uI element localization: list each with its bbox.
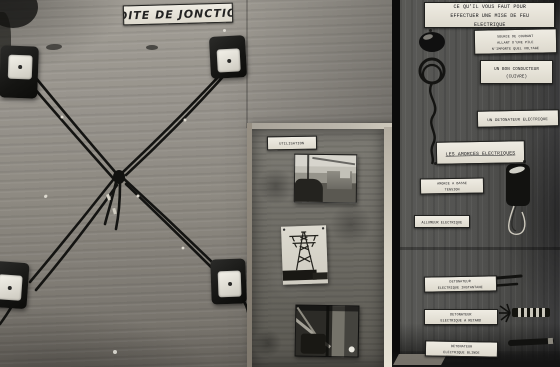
label-line: DETONATEUR [450,280,471,284]
junction-box-top-left [0,45,39,98]
detonator-label: UN DETONATEUR ELECTRIQUE [477,109,559,127]
utilisation-label: UTILISATION [267,136,317,151]
label-line: SOURCE DE COURANT [497,34,533,38]
label-line: DETONATEUR [450,313,471,317]
worksite-photo [294,154,358,204]
detonateur-1-label: DETONATEUR ELECTRIQUE INSTANTANE [424,275,497,292]
nail [434,162,437,165]
junction-box-face [217,48,241,72]
junction-box-face [218,271,242,298]
panel-joint-line [400,247,560,250]
label-line: UN DETONATEUR ELECTRIQUE [488,117,549,122]
photo-detail [312,157,355,165]
label-line: ELECTRIQUE A RETARD [441,319,482,323]
junction-box-top-right [209,35,247,79]
label-line: TENSION [445,188,460,192]
label-line: ALLANT D'UNE PILE [497,40,533,44]
board-title-text: BOITE DE JONCTION [123,6,233,23]
white-speck [223,29,226,32]
panel-frame-left [247,123,252,367]
label-line: N'IMPORTE QUEL VOLTAGE [492,46,539,51]
photo-detail [340,167,350,177]
label-line: UN BON CONDUCTEUR [494,67,539,72]
nail [429,29,432,32]
amorces-title-text: LES AMORCES ELECTRIQUES [446,150,516,156]
header-line: EFFECTUER UNE MISE DE FEU [450,14,529,20]
wood-knot [46,43,62,50]
conductor-label: UN BON CONDUCTEUR (CUIVRE) [480,60,553,84]
photo-detail [301,333,326,353]
junction-box-face [8,55,33,80]
exhibit-photo: BOITE DE JONCTION UTILISATION [0,0,560,367]
label-line: ALLUMEUR ELECTRIQUE [422,220,463,224]
utilisation-text: UTILISATION [280,142,305,146]
source-label: SOURCE DE COURANT ALLANT D'UNE PILE N'IM… [474,28,557,54]
white-speck [44,195,47,198]
panel-frame-top [247,123,394,129]
machinery-photo [295,304,360,357]
photo-detail [325,306,330,356]
amorce-a-label: AMORCE A BASSE TENSION [420,177,484,194]
white-speck [113,350,117,354]
header-label: CE QU'IL VOUS FAUT POUR EFFECTUER UNE MI… [424,2,555,28]
label-line: AMORCE A BASSE [437,182,467,186]
header-line: CE QU'IL VOUS FAUT POUR [453,5,525,11]
junction-box-bottom-left [0,261,30,309]
amorces-title-label: LES AMORCES ELECTRIQUES [436,140,525,165]
photo-detail [349,346,355,352]
board-title-label: BOITE DE JONCTION [123,3,233,26]
label-line: DETONATEUR [451,345,472,349]
nail [523,160,526,163]
amorce-b-label: ALLUMEUR ELECTRIQUE [414,215,470,228]
label-line: (CUIVRE) [506,75,527,80]
detonateur-3-label: DETONATEUR ELECTRIQUE BLINDE [425,340,498,357]
photo-detail [295,179,323,202]
label-line: ELECTRIQUE INSTANTANE [438,286,483,291]
junction-box-bottom-right [210,258,247,304]
wood-knot [146,45,158,50]
label-line: ELECTRIQUE BLINDE [443,351,479,355]
detonateur-2-label: DETONATEUR ELECTRIQUE A RETARD [424,309,498,325]
junction-box-face [0,274,23,301]
pylon-drawing-card [281,225,328,285]
pylon-drawing [281,225,328,285]
header-line: ELECTRIQUE [474,23,506,29]
